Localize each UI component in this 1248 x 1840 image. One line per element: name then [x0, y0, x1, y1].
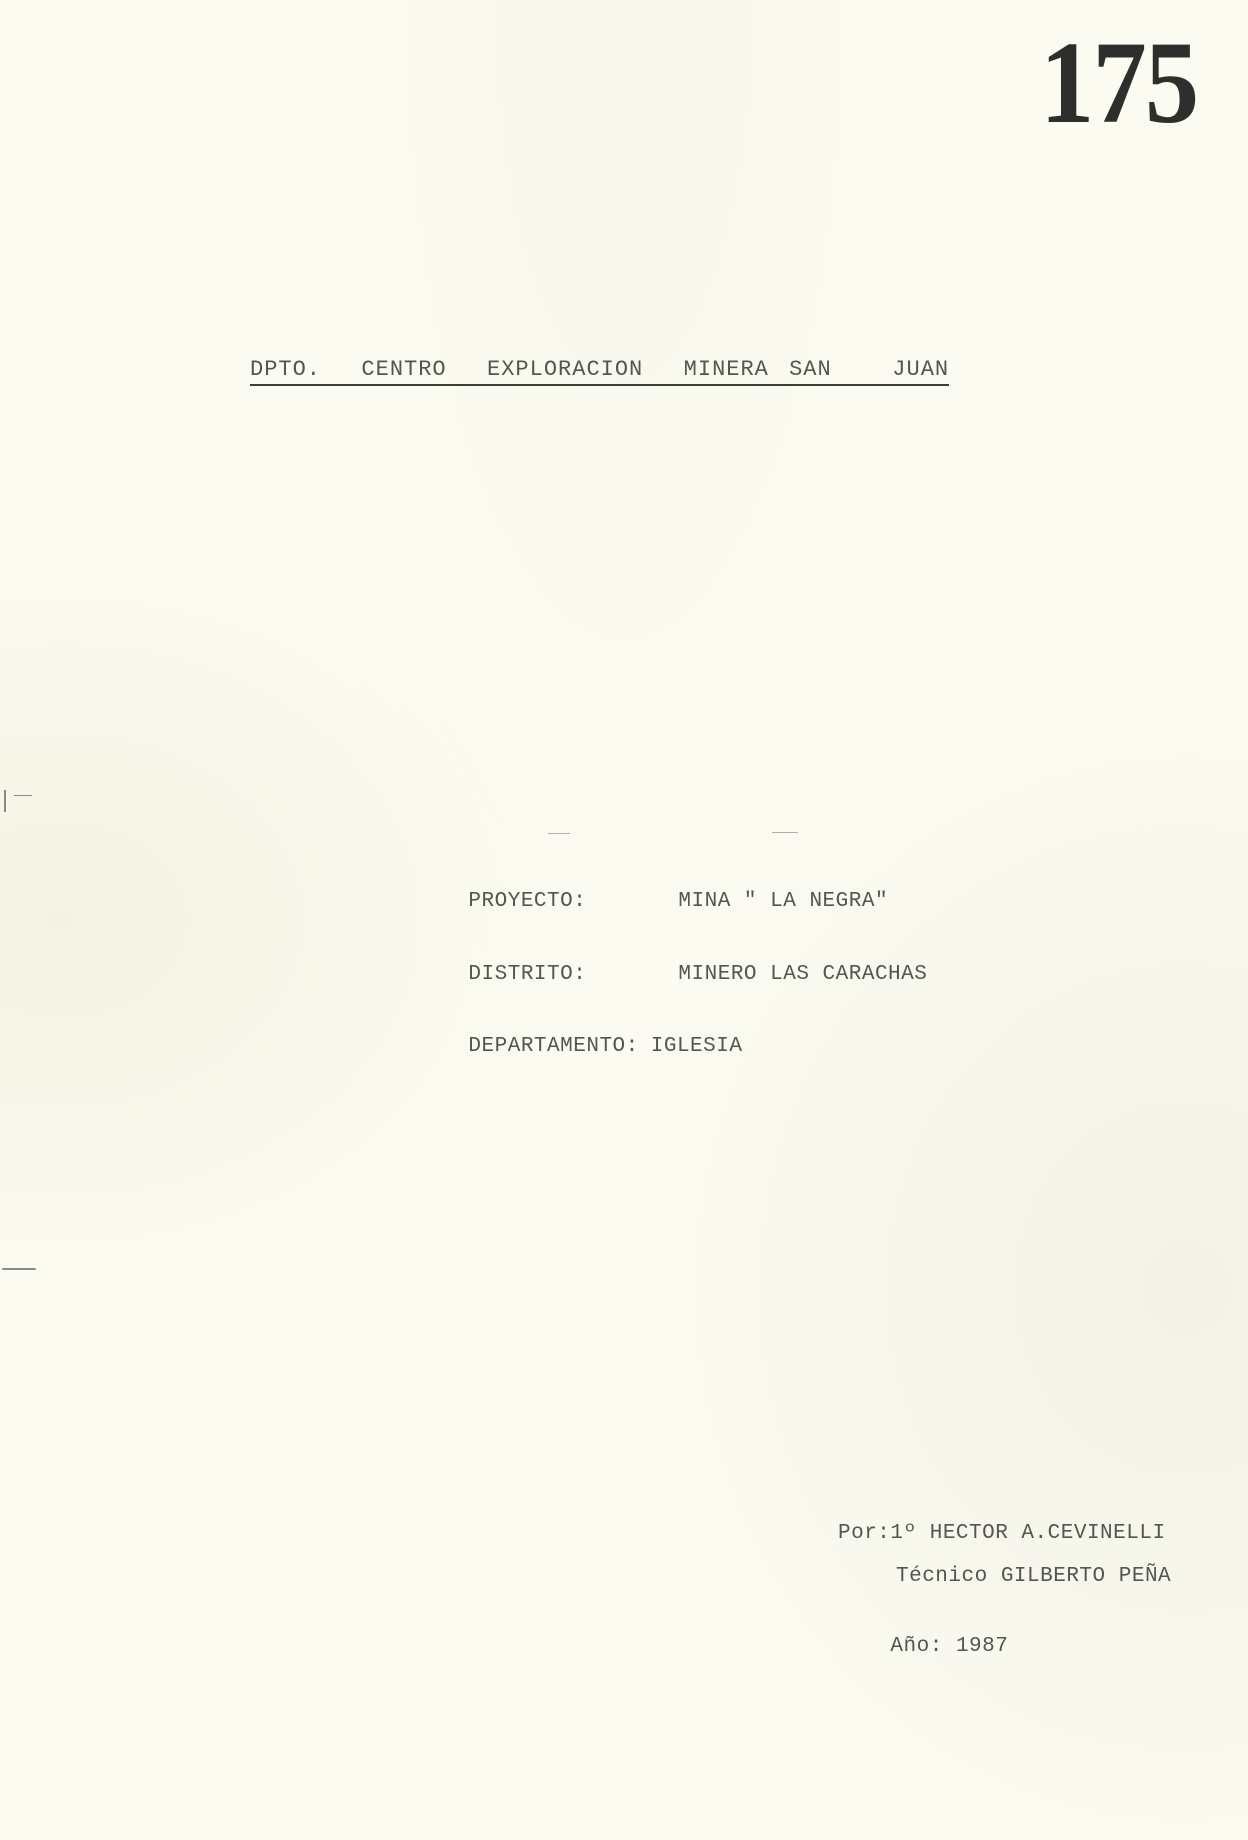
field-departamento: DEPARTAMENTO:IGLESIA [416, 1012, 742, 1081]
field-value: MINERO LAS CARACHAS [678, 963, 927, 986]
scanned-page: 175 DPTO. CENTRO EXPLORACION MINERA SAN … [0, 0, 1248, 1840]
smudge-mark [772, 832, 798, 833]
field-distrito: DISTRITO:MINERO LAS CARACHAS [416, 940, 927, 1009]
field-label: PROYECTO: [468, 890, 678, 913]
binding-mark [2, 1268, 36, 1270]
page-number-stamp: 175 [1040, 24, 1197, 142]
binding-mark [4, 790, 6, 812]
year-line: Año: 1987 [838, 1612, 1008, 1681]
technician-line: Técnico GILBERTO PEÑA [896, 1565, 1171, 1588]
smudge-mark [548, 833, 570, 834]
field-value: MINA " LA NEGRA" [678, 890, 888, 913]
field-label: DISTRITO: [468, 963, 678, 986]
field-label: DEPARTAMENTO: [468, 1035, 638, 1058]
field-value: IGLESIA [651, 1035, 743, 1058]
binding-mark [14, 795, 32, 796]
field-proyecto: PROYECTO:MINA " LA NEGRA" [416, 867, 888, 936]
author-line: Por:1º HECTOR A.CEVINELLI [838, 1522, 1166, 1545]
document-heading: DPTO. CENTRO EXPLORACION MINERA SAN JUAN [250, 357, 949, 386]
year-label: Año: [890, 1635, 942, 1658]
year-value: 1987 [956, 1635, 1008, 1658]
